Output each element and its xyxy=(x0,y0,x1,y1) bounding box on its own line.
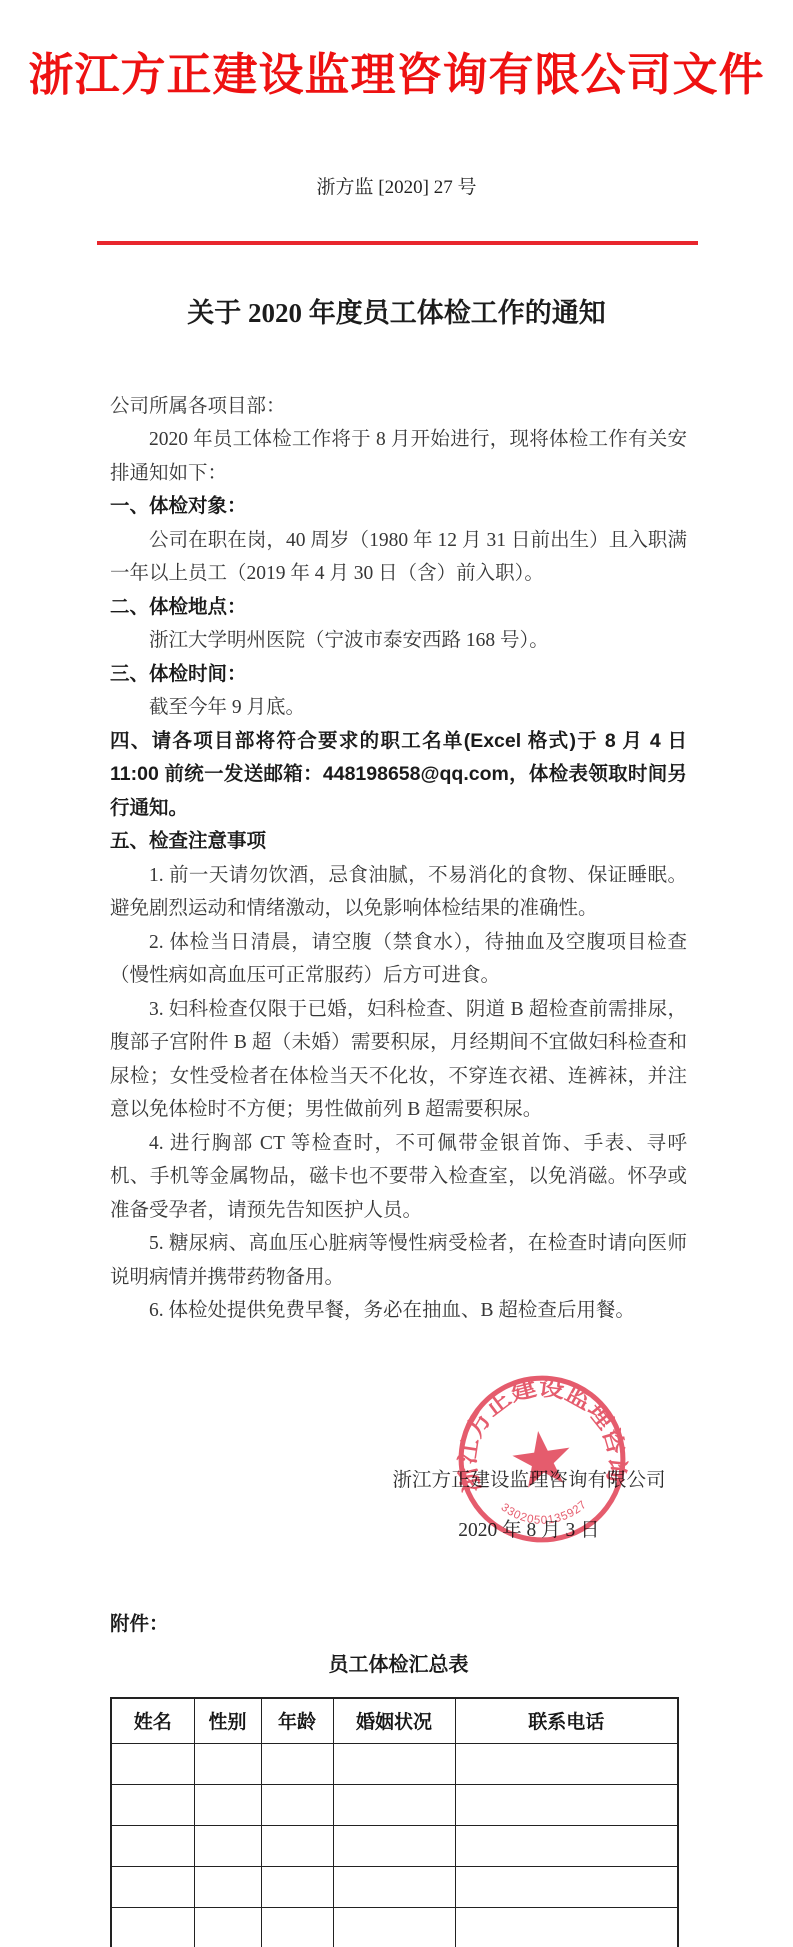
table-row xyxy=(111,1784,678,1825)
table-cell xyxy=(194,1743,261,1784)
table-cell xyxy=(111,1907,194,1947)
section-2-body: 浙江大学明州医院（宁波市泰安西路 168 号）。 xyxy=(110,624,687,658)
column-header-age: 年龄 xyxy=(261,1698,333,1744)
table-cell xyxy=(333,1825,455,1866)
table-cell xyxy=(333,1743,455,1784)
document-body: 公司所属各项目部： 2020 年员工体检工作将于 8 月开始进行，现将体检工作有… xyxy=(0,390,793,1328)
intro-paragraph: 2020 年员工体检工作将于 8 月开始进行，现将体检工作有关安排通知如下： xyxy=(110,423,687,490)
section-4-heading: 四、请各项目部将符合要求的职工名单(Excel 格式)于 8 月 4 日 11:… xyxy=(110,725,687,826)
column-header-phone: 联系电话 xyxy=(455,1698,678,1744)
note-item-5: 5. 糖尿病、高血压心脏病等慢性病受检者，在检查时请向医师说明病情并携带药物备用… xyxy=(110,1227,687,1294)
table-cell xyxy=(194,1866,261,1907)
section-2-heading: 二、体检地点： xyxy=(110,591,687,625)
seal-star xyxy=(510,1427,575,1489)
seal-serial-number: 3302050135927 xyxy=(497,1489,591,1533)
section-3-body: 截至今年 9 月底。 xyxy=(110,691,687,725)
table-cell xyxy=(455,1825,678,1866)
document-header-title: 浙江方正建设监理咨询有限公司文件 xyxy=(0,0,793,102)
table-cell xyxy=(261,1784,333,1825)
svg-text:3302050135927: 3302050135927 xyxy=(497,1489,591,1533)
note-item-4: 4. 进行胸部 CT 等检查时，不可佩带金银首饰、手表、寻呼机、手机等金属物品，… xyxy=(110,1127,687,1228)
table-cell xyxy=(333,1784,455,1825)
red-divider-line xyxy=(97,241,698,245)
table-cell xyxy=(261,1907,333,1947)
table-cell xyxy=(333,1907,455,1947)
table-cell xyxy=(111,1784,194,1825)
attachment-table-title: 员工体检汇总表 xyxy=(110,1648,687,1677)
table-cell xyxy=(455,1784,678,1825)
note-item-2: 2. 体检当日清晨，请空腹（禁食水），待抽血及空腹项目检查（慢性病如高血压可正常… xyxy=(110,926,687,993)
note-item-3: 3. 妇科检查仅限于已婚，妇科检查、阴道 B 超检查前需排尿，腹部子宫附件 B … xyxy=(110,993,687,1127)
section-1-heading: 一、体检对象： xyxy=(110,490,687,524)
table-cell xyxy=(194,1784,261,1825)
note-item-6: 6. 体检处提供免费早餐，务必在抽血、B 超检查后用餐。 xyxy=(110,1294,687,1328)
document-page: 浙江方正建设监理咨询有限公司文件 浙方监 [2020] 27 号 关于 2020… xyxy=(0,0,793,1947)
table-row xyxy=(111,1743,678,1784)
table-row xyxy=(111,1825,678,1866)
salutation: 公司所属各项目部： xyxy=(110,390,687,424)
document-number: 浙方监 [2020] 27 号 xyxy=(0,172,793,199)
table-cell xyxy=(111,1866,194,1907)
attachment-label: 附件： xyxy=(110,1608,793,1636)
table-row xyxy=(111,1866,678,1907)
column-header-marital: 婚姻状况 xyxy=(333,1698,455,1744)
table-cell xyxy=(194,1825,261,1866)
table-cell xyxy=(455,1866,678,1907)
summary-table: 姓名 性别 年龄 婚姻状况 联系电话 xyxy=(110,1697,679,1947)
company-seal: 浙江方正建设监理咨询有限公司 3302050135927 xyxy=(439,1356,645,1562)
section-5-heading: 五、检查注意事项 xyxy=(110,825,687,859)
table-cell xyxy=(111,1825,194,1866)
table-cell xyxy=(261,1825,333,1866)
table-cell xyxy=(333,1866,455,1907)
table-row xyxy=(111,1907,678,1947)
column-header-gender: 性别 xyxy=(194,1698,261,1744)
section-3-heading: 三、体检时间： xyxy=(110,658,687,692)
note-item-1: 1. 前一天请勿饮酒，忌食油腻，不易消化的食物、保证睡眠。避免剧烈运动和情绪激动… xyxy=(110,859,687,926)
column-header-name: 姓名 xyxy=(111,1698,194,1744)
table-cell xyxy=(111,1743,194,1784)
table-cell xyxy=(455,1743,678,1784)
table-header-row: 姓名 性别 年龄 婚姻状况 联系电话 xyxy=(111,1698,678,1744)
table-cell xyxy=(194,1907,261,1947)
table-cell xyxy=(261,1866,333,1907)
section-1-body: 公司在职在岗，40 周岁（1980 年 12 月 31 日前出生）且入职满一年以… xyxy=(110,524,687,591)
table-cell xyxy=(261,1743,333,1784)
table-cell xyxy=(455,1907,678,1947)
notice-title: 关于 2020 年度员工体检工作的通知 xyxy=(0,291,793,330)
